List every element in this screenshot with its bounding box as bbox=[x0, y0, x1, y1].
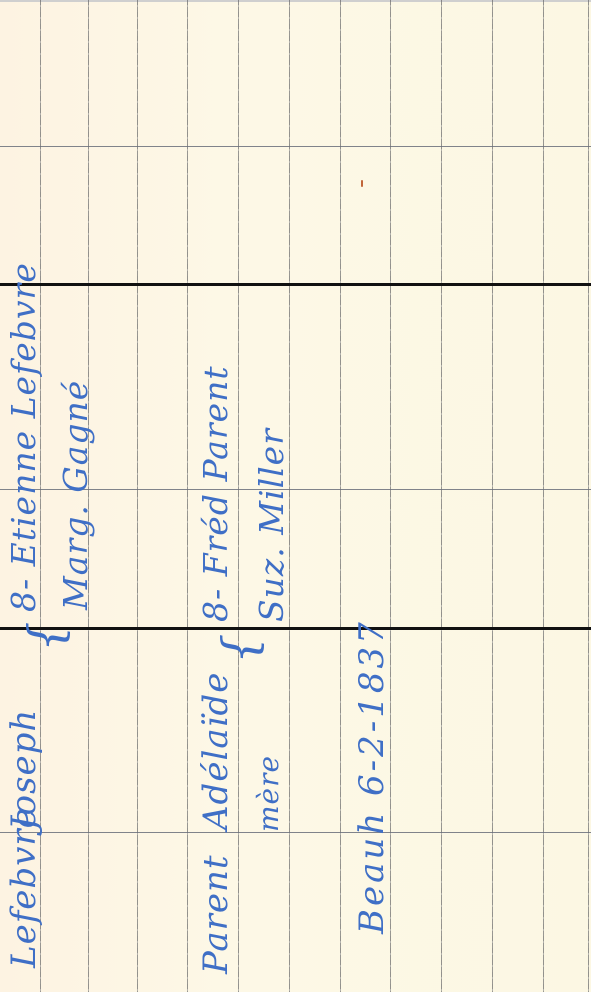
vertical-rule bbox=[441, 0, 442, 992]
marriage-place-date: Beauh 6-2-1837 bbox=[352, 619, 392, 934]
parent-line-mother: Suz. Miller bbox=[252, 428, 291, 622]
surname-lefebvre: Lefebvre bbox=[4, 807, 44, 968]
parent-line-father: 8- Fréd Parent bbox=[196, 365, 235, 622]
bracket: { bbox=[212, 633, 268, 664]
vertical-rule bbox=[588, 0, 589, 992]
thick-horizontal-rule bbox=[0, 283, 591, 286]
bracket: { bbox=[18, 621, 74, 652]
parent-line-father: 8- Etienne Lefebvre bbox=[4, 262, 43, 612]
thick-horizontal-rule bbox=[0, 627, 591, 630]
vertical-rule bbox=[543, 0, 544, 992]
parent-line-mother: Marg. Gagné bbox=[56, 380, 95, 610]
vertical-rule bbox=[340, 0, 341, 992]
given-name-joseph: Joseph bbox=[4, 709, 44, 830]
vertical-rule bbox=[492, 0, 493, 992]
vertical-rule bbox=[187, 0, 188, 992]
index-card: Lefebvre Joseph { 8- Etienne Lefebvre Ma… bbox=[0, 0, 591, 992]
horizontal-rule bbox=[0, 146, 591, 147]
horizontal-rule bbox=[0, 832, 591, 833]
vertical-rule bbox=[137, 0, 138, 992]
given-name-mere: mère bbox=[252, 755, 285, 832]
surname-parent: Parent bbox=[196, 854, 236, 974]
vertical-rule bbox=[238, 0, 239, 992]
given-name-adelaide: Adélaïde bbox=[196, 672, 236, 830]
ink-speck bbox=[361, 180, 363, 187]
